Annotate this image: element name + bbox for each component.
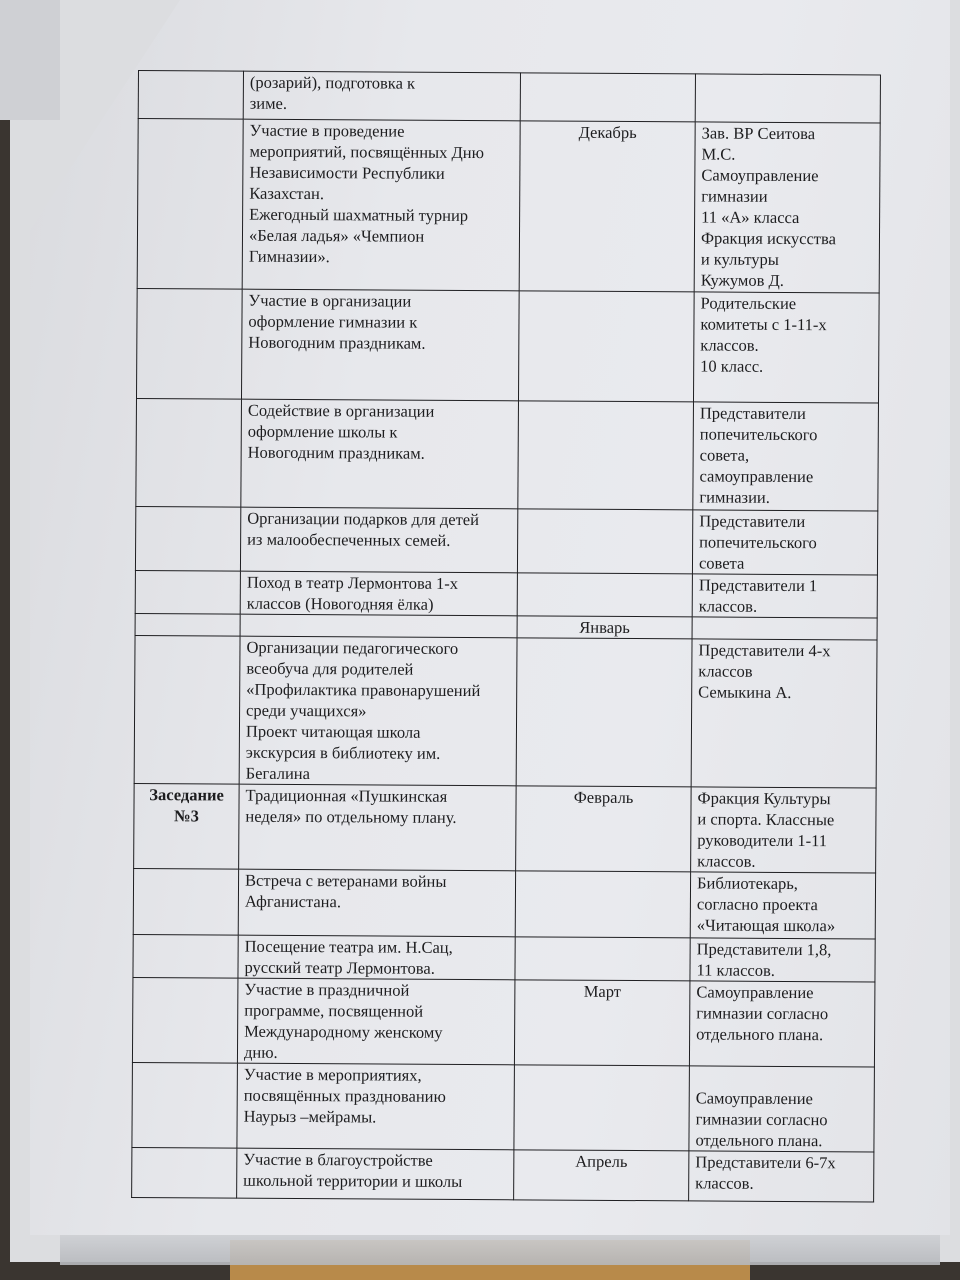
responsible-cell-line xyxy=(696,1066,868,1088)
table-row: Заседание №3Традиционная «Пушкинскаянеде… xyxy=(134,783,877,873)
event-cell-line: посвящённых празднованию xyxy=(244,1085,508,1108)
responsible-cell-line: согласно проекта xyxy=(697,893,869,915)
event-cell: Организации подарков для детейиз малообе… xyxy=(240,507,517,573)
responsible-cell: Представителипопечительскогосовета,самоу… xyxy=(693,402,879,511)
meeting-cell xyxy=(135,506,240,571)
responsible-cell xyxy=(692,617,877,640)
month-cell xyxy=(516,638,692,787)
event-cell-line: Международному женскому xyxy=(244,1021,508,1044)
event-cell-line: мероприятий, посвящённых Дню xyxy=(249,141,513,164)
responsible-cell-line: самоуправление xyxy=(699,465,871,487)
event-cell-line: Казахстан. xyxy=(249,183,513,206)
responsible-cell-line: 11 «А» класса xyxy=(701,206,873,228)
meeting-cell xyxy=(132,977,238,1063)
responsible-cell-line: классов xyxy=(698,660,870,682)
event-cell: Участие в праздничнойпрограмме, посвящен… xyxy=(237,978,515,1065)
responsible-cell-line: «Читающая школа» xyxy=(697,914,869,936)
responsible-cell-line: Фракция Культуры xyxy=(697,787,869,809)
month-cell: Декабрь xyxy=(519,121,695,292)
event-cell-line: оформление школы к xyxy=(248,421,512,444)
table-row: Организации педагогическоговсеобуча для … xyxy=(134,635,877,788)
meeting-cell xyxy=(132,1147,237,1198)
folded-corner xyxy=(0,0,60,120)
event-cell-line: Участие в праздничной xyxy=(244,979,508,1002)
responsible-cell: Библиотекарь,согласно проекта«Читающая ш… xyxy=(690,872,875,939)
responsible-cell-line: Самоуправление xyxy=(701,164,873,186)
meeting-cell xyxy=(132,1062,238,1148)
event-cell-line: дню. xyxy=(244,1042,508,1065)
responsible-cell: Представители 1классов. xyxy=(692,574,877,618)
responsible-cell-line: Представители 6-7х xyxy=(695,1151,867,1173)
event-cell-line: классов (Новогодняя ёлка) xyxy=(247,593,511,616)
month-cell: Апрель xyxy=(514,1150,689,1201)
month-cell: Март xyxy=(514,980,690,1066)
responsible-cell xyxy=(695,74,880,123)
event-cell-line: «Профилактика правонарушений xyxy=(246,679,510,702)
event-cell-line: Участие в благоустройстве xyxy=(243,1149,507,1172)
responsible-cell-line: классов. xyxy=(697,850,869,872)
responsible-cell: Зав. ВР СеитоваМ.С.Самоуправлениегимнази… xyxy=(694,122,880,293)
responsible-cell-line: М.С. xyxy=(701,143,873,165)
month-cell xyxy=(515,871,690,938)
month-cell xyxy=(517,573,692,617)
event-cell-line: Новогодним праздникам. xyxy=(248,332,512,355)
responsible-cell-line: Фракция искусства xyxy=(701,227,873,249)
meeting-cell xyxy=(136,288,242,399)
event-cell: Содействие в организацииоформление школы… xyxy=(241,399,519,509)
meeting-cell xyxy=(134,635,240,784)
table-row: Участие в праздничнойпрограмме, посвящен… xyxy=(132,977,875,1067)
responsible-cell: Самоуправлениегимназии согласноотдельног… xyxy=(689,1066,875,1152)
event-cell-line: Независимости Республики xyxy=(249,162,513,185)
event-cell: Участие в организацииоформление гимназии… xyxy=(241,289,519,401)
event-cell-line: Традиционная «Пушкинская xyxy=(246,785,510,808)
event-plan-table: (розарий), подготовка кзиме.Участие в пр… xyxy=(131,70,881,1203)
event-cell: Участие в проведениемероприятий, посвящё… xyxy=(242,119,520,291)
responsible-cell-line: руководители 1-11 xyxy=(697,829,869,851)
event-cell: Поход в театр Лермонтова 1-хклассов (Нов… xyxy=(240,571,517,616)
responsible-cell-line: гимназии согласно xyxy=(696,1108,868,1130)
responsible-cell: Фракция Культурыи спорта. Классныеруково… xyxy=(691,787,877,873)
table-row: (розарий), подготовка кзиме. xyxy=(138,71,880,124)
event-cell xyxy=(240,614,517,638)
responsible-cell-line: классов. xyxy=(700,334,872,356)
event-cell: Традиционная «Пушкинскаянеделя» по отдел… xyxy=(239,784,517,871)
responsible-cell: Представители 4-хклассовСемыкина А. xyxy=(691,639,877,788)
event-cell-line: Проект читающая школа xyxy=(246,721,510,744)
responsible-cell-line: Представители 1,8, xyxy=(697,938,869,960)
responsible-cell-line: Самоуправление xyxy=(696,981,868,1003)
month-cell xyxy=(518,401,694,510)
event-cell-line: среди учащихся» xyxy=(246,700,510,723)
responsible-cell-line: гимназии согласно xyxy=(696,1002,868,1024)
responsible-cell-line: Родительские xyxy=(701,292,873,314)
responsible-cell-line: совета xyxy=(699,552,871,574)
meeting-cell xyxy=(136,398,242,507)
month-cell xyxy=(515,937,690,981)
meeting-cell xyxy=(135,570,240,614)
meeting-cell xyxy=(138,71,243,120)
responsible-cell-line: 10 класс. xyxy=(700,355,872,377)
event-cell-line: русский театр Лермонтова. xyxy=(244,957,508,980)
event-cell-line: неделя» по отдельному плану. xyxy=(245,806,509,829)
event-cell-line: Участие в мероприятиях, xyxy=(244,1064,508,1087)
responsible-cell: Самоуправлениегимназии согласноотдельног… xyxy=(689,981,875,1067)
document-body: (розарий), подготовка кзиме.Участие в пр… xyxy=(131,70,880,1203)
responsible-cell-line: гимназии xyxy=(701,185,873,207)
month-cell xyxy=(517,509,692,574)
table-row: Участие в организацииоформление гимназии… xyxy=(136,288,879,403)
month-cell: Февраль xyxy=(516,786,692,872)
meeting-cell: Заседание №3 xyxy=(134,783,240,869)
table-row: Участие в мероприятиях,посвящённых празд… xyxy=(132,1062,875,1152)
event-cell-line: оформление гимназии к xyxy=(248,311,512,334)
responsible-cell: Представители 1,8,11 классов. xyxy=(690,938,875,982)
responsible-cell-line: гимназии. xyxy=(699,486,871,508)
event-cell-line: Поход в театр Лермонтова 1-х xyxy=(247,572,511,595)
responsible-cell-line: попечительского xyxy=(700,423,872,445)
event-cell-line: зиме. xyxy=(250,93,514,116)
event-cell-line: Ежегодный шахматный турнир xyxy=(249,204,513,227)
event-cell: Встреча с ветеранами войныАфганистана. xyxy=(238,869,515,937)
meeting-cell xyxy=(135,613,240,636)
event-cell-line: школьной территории и школы xyxy=(243,1170,507,1193)
responsible-cell-line: попечительского xyxy=(699,531,871,553)
month-cell: Январь xyxy=(517,616,692,639)
table-row: Посещение театра им. Н.Сац,русский театр… xyxy=(133,934,875,982)
month-cell xyxy=(518,291,694,402)
month-cell xyxy=(520,73,695,122)
responsible-cell-line: отдельного плана. xyxy=(696,1023,868,1045)
responsible-cell-line: и культуры xyxy=(701,248,873,270)
table-row: Участие в благоустройствешкольной террит… xyxy=(132,1147,874,1202)
event-cell-line: Бегалина xyxy=(246,763,510,786)
responsible-cell: Представителипопечительскогосовета xyxy=(692,510,877,575)
event-cell-line: Участие в организации xyxy=(249,290,513,313)
responsible-cell: Родительскиекомитеты с 1-11-хклассов.10 … xyxy=(693,292,879,403)
event-cell-line: Содействие в организации xyxy=(248,400,512,423)
meeting-cell xyxy=(133,934,238,978)
responsible-cell-line: Представители xyxy=(700,402,872,424)
event-cell-line: всеобуча для родителей xyxy=(246,658,510,681)
responsible-cell-line: Семыкина А. xyxy=(698,681,870,703)
event-cell-line: Гимназии». xyxy=(249,246,513,269)
event-cell: Посещение театра им. Н.Сац,русский театр… xyxy=(238,935,515,980)
responsible-cell-line: Библиотекарь, xyxy=(697,872,869,894)
table-row: Встреча с ветеранами войныАфганистана.Би… xyxy=(133,868,875,939)
month-cell xyxy=(514,1065,690,1151)
responsible-cell-line: классов. xyxy=(695,1172,867,1194)
table-row: Содействие в организацииоформление школы… xyxy=(136,398,879,511)
event-cell: Организации педагогическоговсеобуча для … xyxy=(239,636,517,786)
responsible-cell-line: 11 классов. xyxy=(696,959,868,981)
responsible-cell-line: Представители xyxy=(699,510,871,532)
event-cell-line: Посещение театра им. Н.Сац, xyxy=(245,936,509,959)
event-cell: Участие в мероприятиях,посвящённых празд… xyxy=(237,1063,515,1150)
event-cell: Участие в благоустройствешкольной террит… xyxy=(237,1148,514,1200)
responsible-cell: Представители 6-7хклассов. xyxy=(689,1151,874,1202)
event-cell-line: Участие в проведение xyxy=(250,120,514,143)
responsible-cell-line: комитеты с 1-11-х xyxy=(700,313,872,335)
table-row: Участие в проведениемероприятий, посвящё… xyxy=(137,119,880,294)
event-cell-line: «Белая ладья» «Чемпион xyxy=(249,225,513,248)
responsible-cell-line: и спорта. Классные xyxy=(697,808,869,830)
event-cell-line: Организации педагогического xyxy=(246,637,510,660)
event-cell-line: Новогодним праздникам. xyxy=(248,442,512,465)
responsible-cell-line: совета, xyxy=(700,444,872,466)
responsible-cell-line: классов. xyxy=(699,595,871,617)
responsible-cell-line: Представители 1 xyxy=(699,574,871,596)
event-cell-line: из малообеспеченных семей. xyxy=(247,529,511,552)
responsible-cell-line: Самоуправление xyxy=(696,1087,868,1109)
event-cell-line: экскурсия в библиотеку им. xyxy=(246,742,510,765)
responsible-cell-line: отдельного плана. xyxy=(695,1129,867,1151)
meeting-cell xyxy=(133,868,238,935)
event-cell-line: Организации подарков для детей xyxy=(247,508,511,531)
meeting-cell xyxy=(137,119,243,290)
table-row: Поход в театр Лермонтова 1-хклассов (Нов… xyxy=(135,570,877,618)
event-cell: (розарий), подготовка кзиме. xyxy=(243,71,520,121)
responsible-cell-line: Представители 4-х xyxy=(698,639,870,661)
event-cell-line: Встреча с ветеранами войны xyxy=(245,870,509,893)
responsible-cell-line: Зав. ВР Сеитова xyxy=(702,122,874,144)
responsible-cell-line: Кужумов Д. xyxy=(701,269,873,291)
event-cell-line: Наурыз –мейрамы. xyxy=(244,1106,508,1129)
event-cell-line: (розарий), подготовка к xyxy=(250,72,514,95)
event-cell-line: программе, посвященной xyxy=(244,1000,508,1023)
event-cell-line: Афганистана. xyxy=(245,891,509,914)
table-row: Организации подарков для детейиз малообе… xyxy=(135,506,877,575)
event-plan-table-body: (розарий), подготовка кзиме.Участие в пр… xyxy=(132,71,881,1203)
